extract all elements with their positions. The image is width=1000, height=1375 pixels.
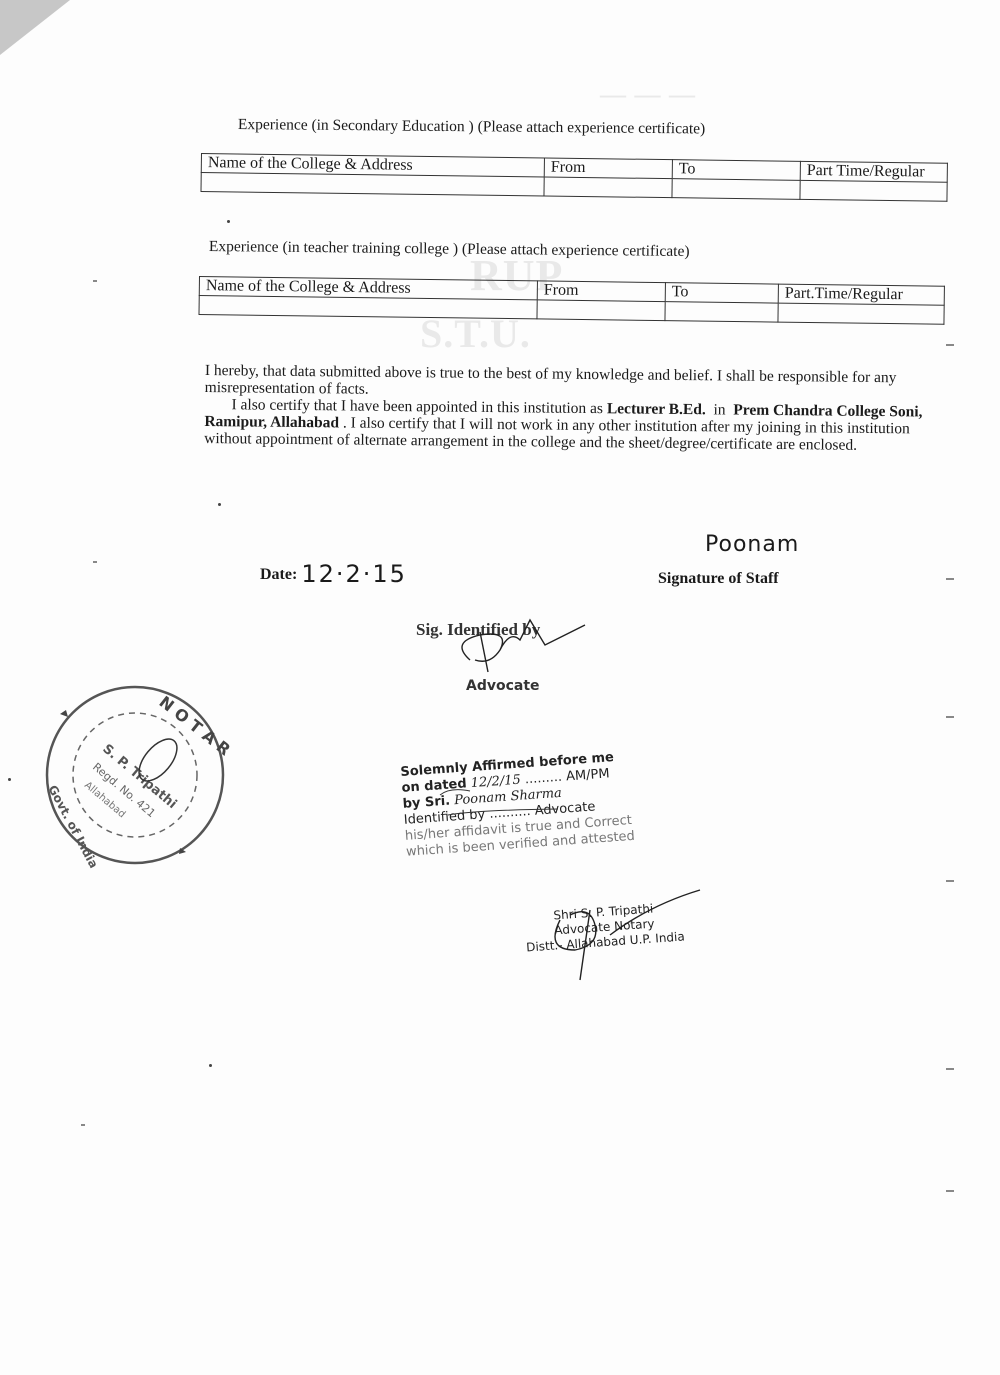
- scan-mark: [946, 716, 954, 718]
- notary-attestation: Solemnly Affirmed before me on dated 12/…: [400, 743, 726, 861]
- scan-mark: [93, 280, 97, 282]
- svg-text:N O T A R Y: N O T A R Y: [156, 692, 230, 770]
- scan-mark: [946, 880, 954, 882]
- scan-mark: [946, 578, 954, 580]
- column-header: Part Time/Regular: [800, 161, 947, 182]
- notary-signature-block: Shri S. P. Tripathi Advocate Notary Dist…: [524, 900, 686, 956]
- document-page: — — — RUP S.T.U. Experience (in Secondar…: [0, 0, 1000, 1375]
- stray-mark: [218, 503, 221, 506]
- to-cell[interactable]: [672, 179, 800, 200]
- secondary-experience-heading: Experience (in Secondary Education ) (Pl…: [238, 116, 705, 138]
- to-cell[interactable]: [665, 302, 778, 322]
- sig-identified-label: Sig. Identified by: [416, 620, 540, 640]
- teacher-training-experience-table: Name of the College & Address From To Pa…: [198, 276, 944, 325]
- advocate-label: Advocate: [466, 678, 540, 694]
- staff-signature: Poonam: [705, 532, 799, 557]
- column-header: From: [537, 281, 665, 302]
- stray-mark: [209, 1064, 212, 1067]
- date-label: Date:: [260, 566, 297, 583]
- column-header: To: [665, 283, 778, 303]
- college-address-cell[interactable]: [199, 296, 537, 319]
- from-cell[interactable]: [537, 300, 665, 321]
- scan-mark: [946, 1190, 954, 1192]
- scan-mark: [946, 1068, 954, 1070]
- part-time-regular-cell[interactable]: [800, 180, 947, 201]
- scan-mark: [946, 344, 954, 346]
- secondary-experience-table: Name of the College & Address From To Pa…: [200, 153, 947, 202]
- teacher-training-experience-heading: Experience (in teacher training college …: [209, 238, 690, 261]
- post-name: Lecturer B.Ed.: [607, 400, 706, 418]
- stray-mark: [227, 220, 230, 223]
- notary-seal-icon: N O T A R Y S. P. Tripathi Regd. No. 421…: [40, 670, 230, 875]
- part-time-regular-cell[interactable]: [778, 303, 944, 324]
- staff-signature-label: Signature of Staff: [658, 570, 779, 588]
- stray-mark: [8, 778, 11, 781]
- column-header: Part.Time/Regular: [778, 284, 944, 305]
- declaration-text: I hereby, that data submitted above is t…: [204, 362, 935, 455]
- from-cell[interactable]: [544, 177, 672, 198]
- scan-mark: [93, 561, 97, 563]
- scan-mark: [81, 1124, 85, 1126]
- date-field: Date: 12·2·15: [260, 560, 407, 588]
- bleed-through-text: — — —: [600, 80, 696, 110]
- column-header: To: [672, 160, 800, 181]
- college-address-cell[interactable]: [201, 173, 544, 196]
- scan-corner-shadow: [0, 0, 70, 55]
- date-value: 12·2·15: [301, 560, 407, 588]
- declaration-paragraph-2: I also certify that I have been appointe…: [204, 396, 934, 455]
- column-header: From: [544, 158, 672, 179]
